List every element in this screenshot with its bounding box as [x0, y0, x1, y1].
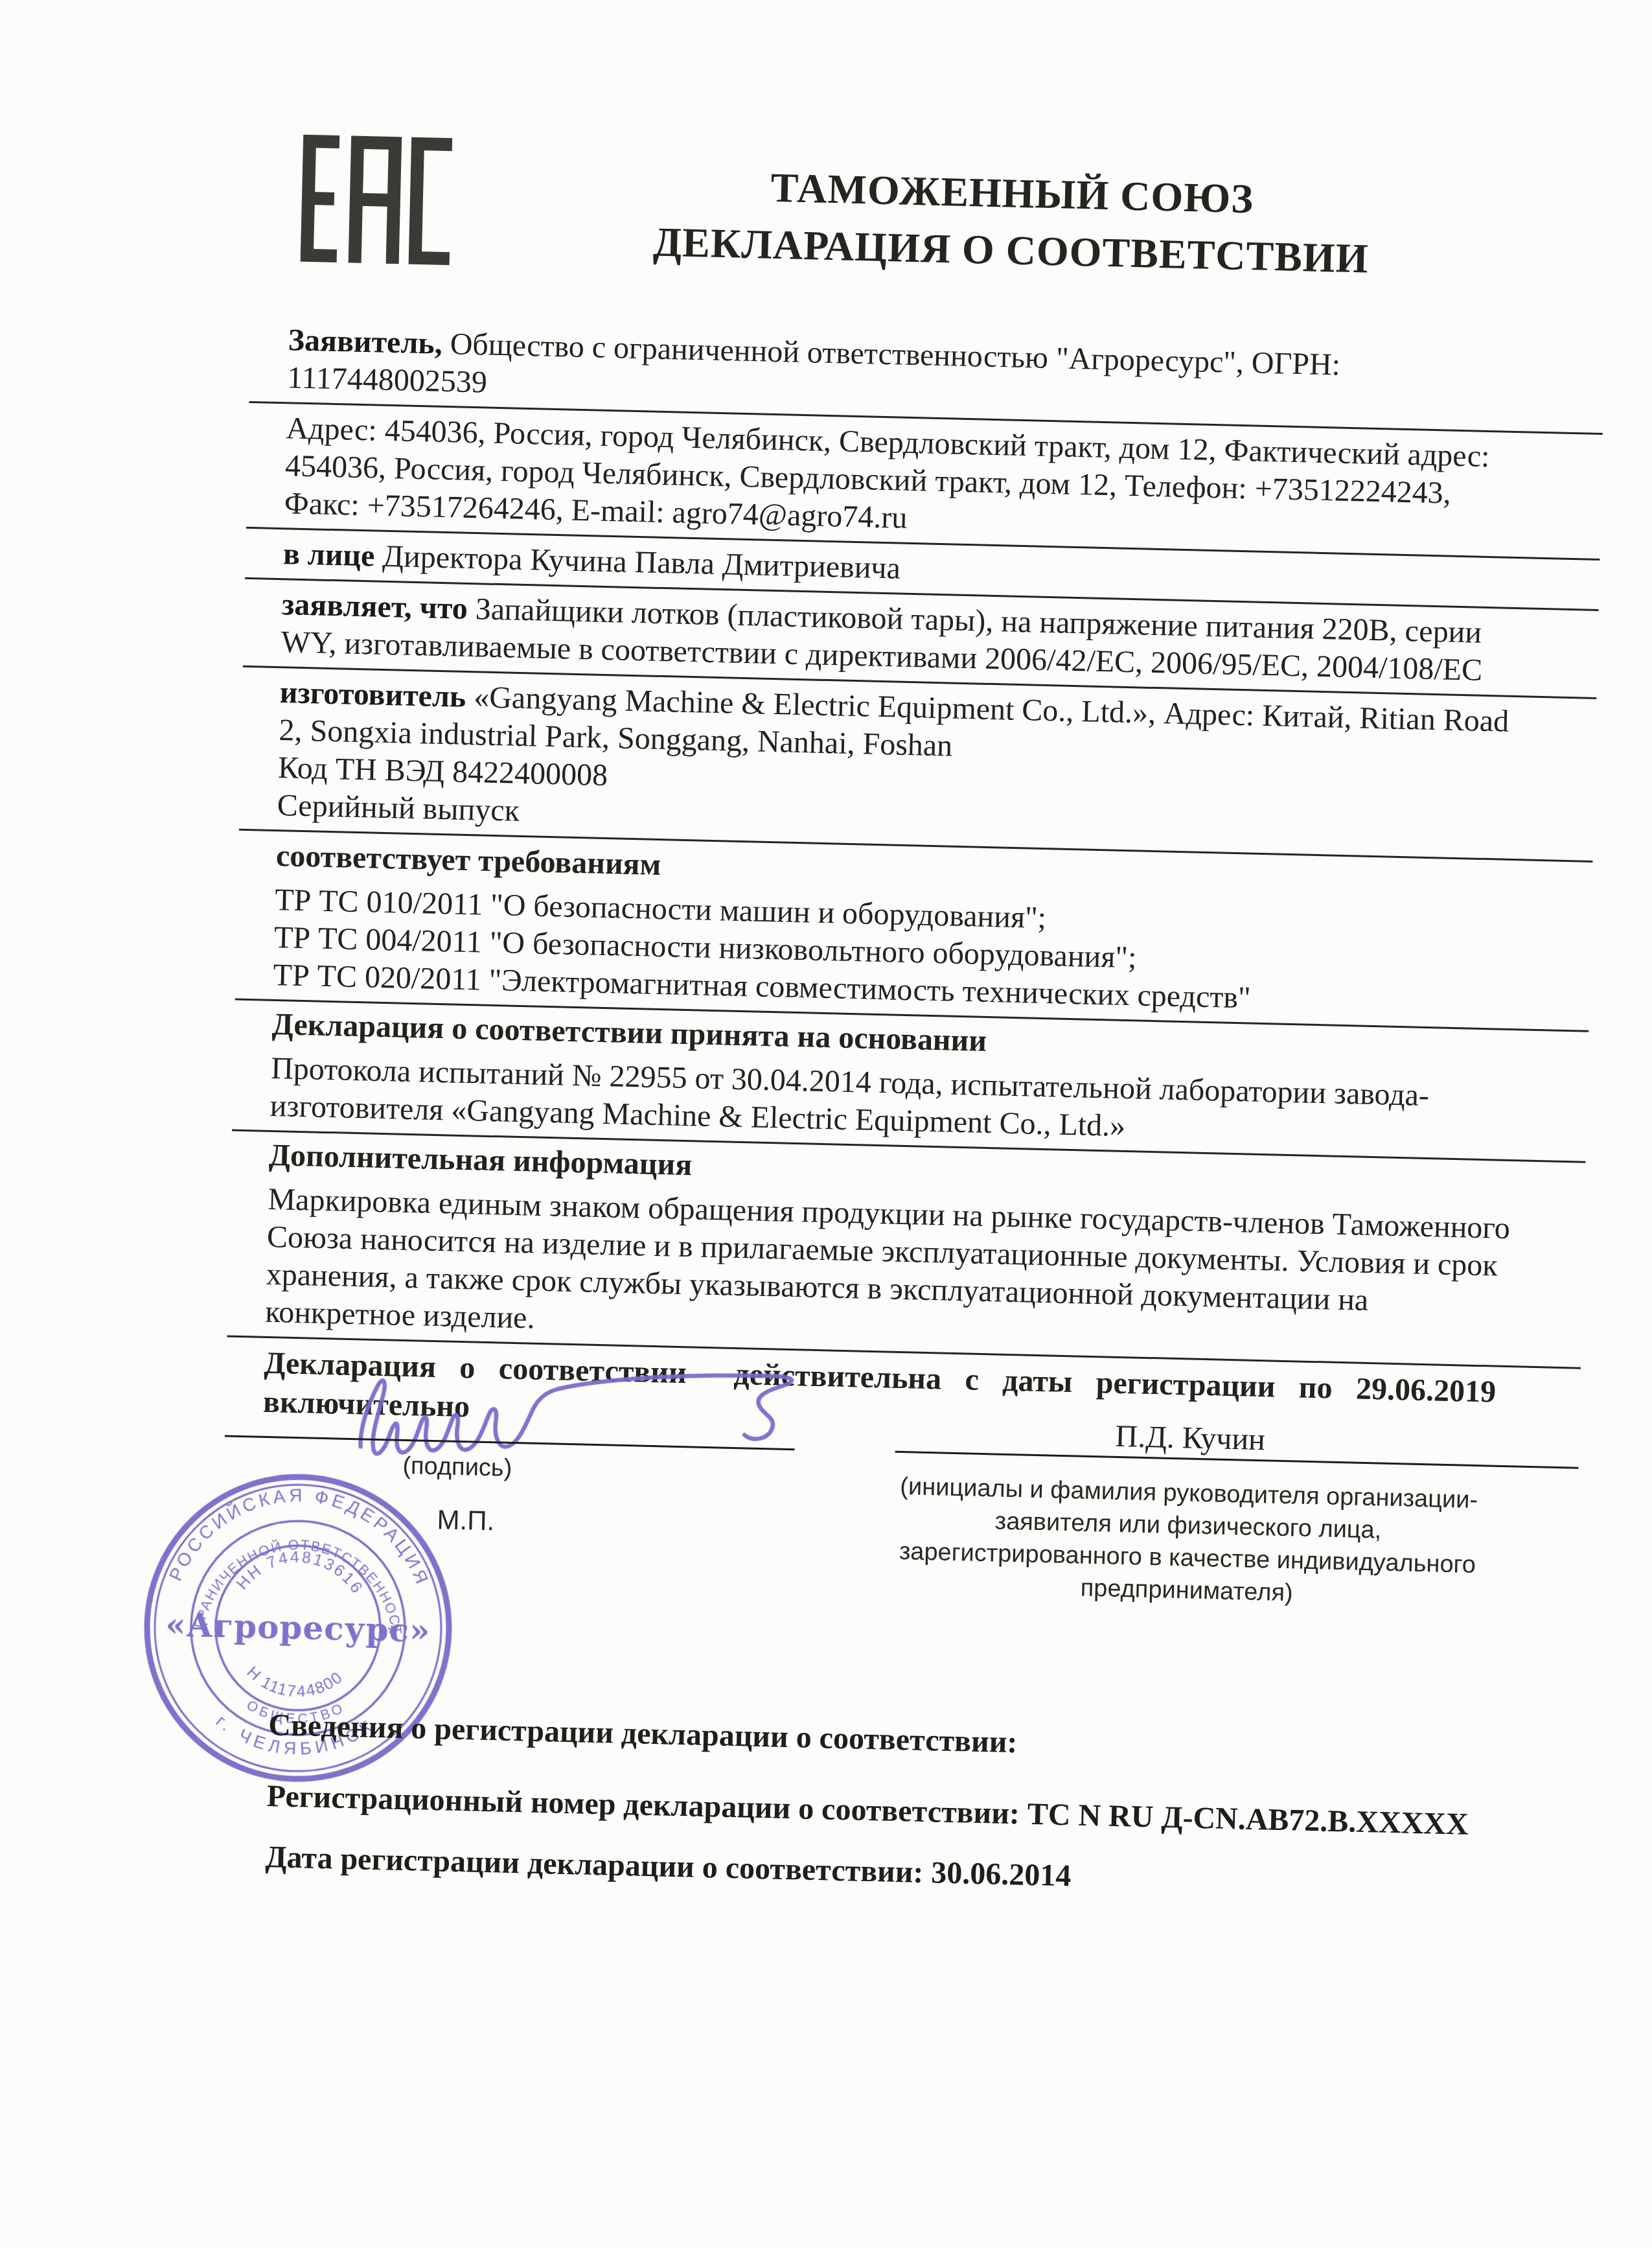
- field-applicant: Заявитель, Общество с ограниченной ответ…: [287, 321, 1520, 426]
- scanned-declaration-page: ТАМОЖЕННЫЙ СОЮЗ ДЕКЛАРАЦИЯ О СООТВЕТСТВИ…: [0, 0, 1652, 2248]
- signature-caption-right: (инициалы и фамилия руководителя организ…: [875, 1470, 1500, 1614]
- field-declares: заявляет, что Запайщики лотков (пластико…: [281, 586, 1537, 691]
- regulations-list: ТР ТС 010/2011 "О безопасности машин и о…: [273, 881, 1508, 1023]
- document-title: ТАМОЖЕННЫЙ СОЮЗ ДЕКЛАРАЦИЯ О СООТВЕТСТВИ…: [253, 147, 1609, 293]
- person-text: Директора Кучина Павла Дмитриевича: [374, 539, 901, 586]
- applicant-label: Заявитель,: [288, 323, 442, 361]
- stamp-company-name: «Агроресурс»: [165, 1605, 431, 1650]
- address-text: Адрес: 454036, Россия, город Челябинск, …: [284, 411, 1490, 535]
- document-body: ТАМОЖЕННЫЙ СОЮЗ ДЕКЛАРАЦИЯ О СООТВЕТСТВИ…: [212, 113, 1610, 2024]
- declares-label: заявляет, что: [282, 587, 468, 626]
- applicant-text: Общество с ограниченной ответственностью…: [287, 327, 1341, 400]
- registration-date: Дата регистрации декларации о соответств…: [265, 1839, 1511, 1904]
- registration-number: Регистрационный номер декларации о соотв…: [266, 1778, 1512, 1843]
- person-label: в лице: [282, 537, 375, 573]
- field-manufacturer: изготовитель «Gangyang Machine & Electri…: [277, 674, 1512, 853]
- field-address: Адрес: 454036, Россия, город Челябинск, …: [284, 410, 1519, 551]
- manufacturer-label: изготовитель: [279, 675, 466, 714]
- company-round-stamp: РОССИЙСКАЯ ФЕДЕРАЦИЯ г. ЧЕЛЯБИНСК С ОГРА…: [126, 1455, 470, 1803]
- addinfo-text: Маркировка единым знаком обращения проду…: [265, 1181, 1520, 1360]
